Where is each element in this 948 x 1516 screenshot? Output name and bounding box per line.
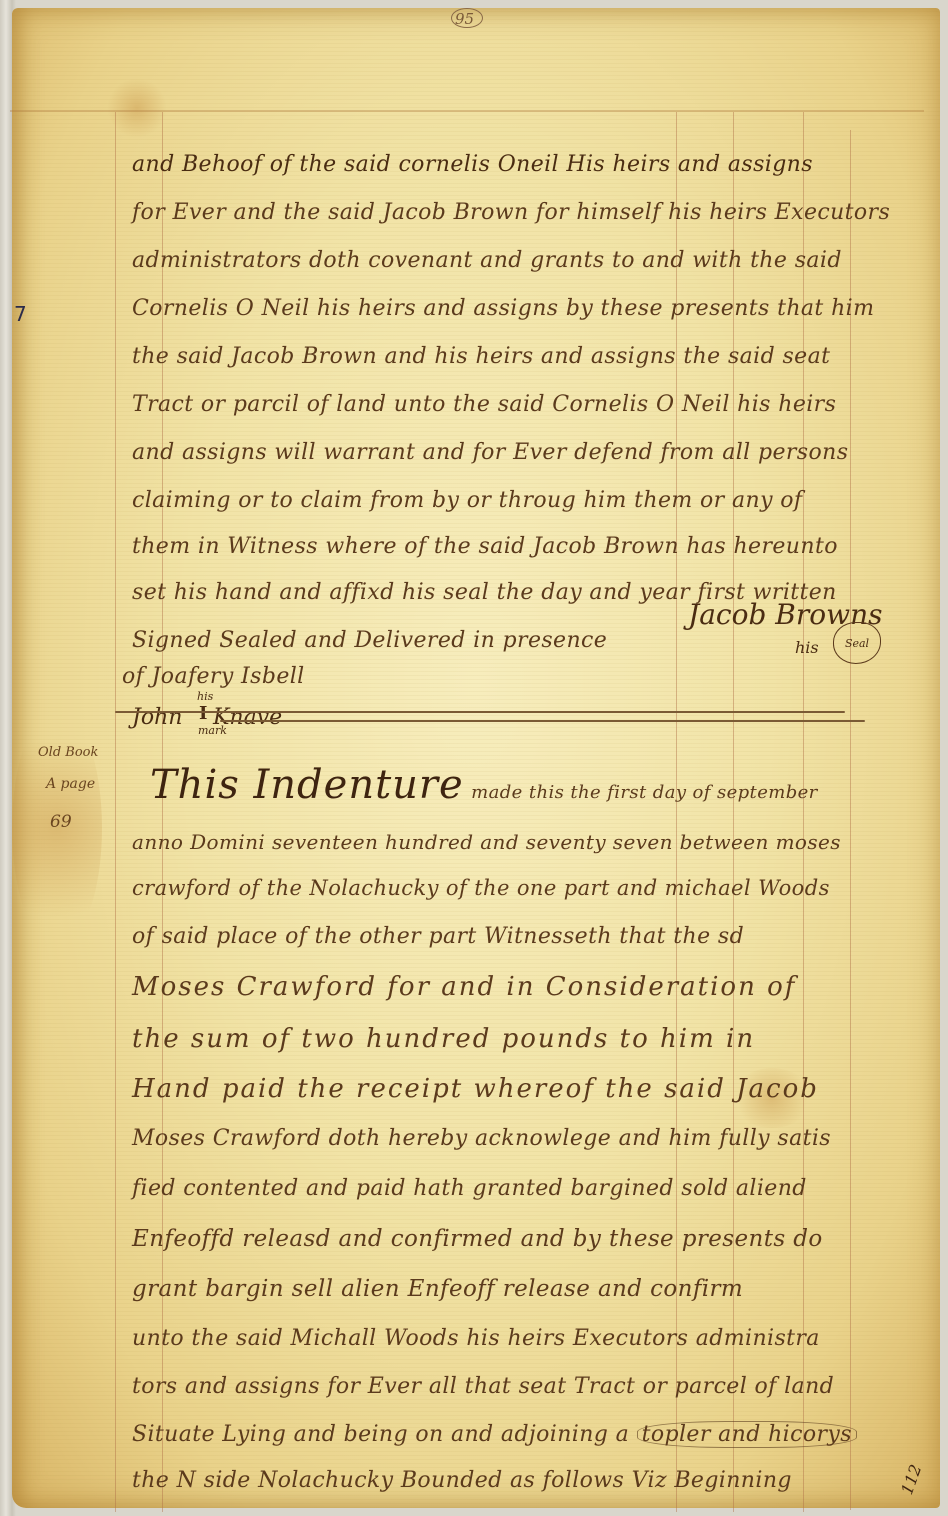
- deed-2-line-1: made this the first day of september: [471, 782, 818, 803]
- deed-2-line-14: Situate Lying and being on and adjoining…: [132, 1422, 857, 1447]
- deed-2-line-15: the N side Nolachucky Bounded as follows…: [132, 1468, 792, 1493]
- deed-2-line-10: Enfeoffd releasd and confirmed and by th…: [132, 1226, 823, 1252]
- deed-2-line-11: grant bargin sell alien Enfeoff release …: [132, 1276, 743, 1302]
- deed-2-line-2: anno Domini seventeen hundred and sevent…: [132, 830, 841, 854]
- deed-1-line-8: claiming or to claim from by or throug h…: [132, 488, 802, 513]
- deed-2-line-14-text: Situate Lying and being on and adjoining…: [132, 1422, 629, 1447]
- top-rule-line: [10, 110, 924, 112]
- margin-note-page-number: 69: [50, 812, 72, 832]
- deed-2-line-13: tors and assigns for Ever all that seat …: [132, 1374, 834, 1399]
- deed-1-line-2: for Ever and the said Jacob Brown for hi…: [132, 200, 890, 225]
- deed-2-line-8: Moses Crawford doth hereby acknowlege an…: [132, 1126, 831, 1151]
- margin-rule-line: [162, 112, 163, 1512]
- column-rule-line: [676, 112, 677, 1512]
- deed-2-line-12: unto the said Michall Woods his heirs Ex…: [132, 1326, 820, 1351]
- page-number: 95: [455, 10, 474, 28]
- deed-2-circled-text: topler and hicorys: [637, 1421, 857, 1448]
- deed-2-line-5: Moses Crawford for and in Consideration …: [132, 972, 796, 1002]
- section-divider: [220, 720, 865, 722]
- margin-check-mark: 7: [14, 302, 27, 326]
- deed-1-line-1: and Behoof of the said cornelis Oneil Hi…: [132, 152, 813, 177]
- signature-his-label: his: [795, 638, 819, 657]
- witness-john: John: [132, 705, 182, 730]
- margin-note-page: A page: [46, 776, 95, 792]
- deed-1-line-4: Cornelis O Neil his heirs and assigns by…: [132, 296, 874, 321]
- attestation-line-1: Signed Sealed and Delivered in presence: [132, 628, 607, 653]
- deed-1-line-9: them in Witness where of the said Jacob …: [132, 534, 838, 559]
- deed-1-line-6: Tract or parcil of land unto the said Co…: [132, 392, 836, 417]
- deed-2-line-9: fied contented and paid hath granted bar…: [132, 1176, 807, 1201]
- margin-note-old-book: Old Book: [38, 745, 98, 760]
- column-rule-line: [733, 112, 734, 1512]
- deed-title: This Indenture: [150, 762, 464, 808]
- deed-2-line-4: of said place of the other part Witnesse…: [132, 924, 744, 949]
- deed-2-line-6: the sum of two hundred pounds to him in: [132, 1024, 755, 1054]
- water-stain: [107, 78, 167, 138]
- witness-knave: Knave: [213, 705, 282, 730]
- section-divider: [115, 711, 845, 713]
- deed-1-line-7: and assigns will warrant and for Ever de…: [132, 440, 848, 465]
- deed-2-first-line: This Indenture made this the first day o…: [150, 762, 818, 808]
- deed-1-line-3: administrators doth covenant and grants …: [132, 248, 842, 273]
- margin-rule-line: [115, 112, 116, 1512]
- deed-2-line-7: Hand paid the receipt whereof the said J…: [132, 1074, 819, 1104]
- column-rule-line: [850, 130, 851, 1510]
- witness-mark-glyph: I: [199, 703, 207, 724]
- column-rule-line: [803, 112, 804, 1512]
- witness-his-label: his: [197, 690, 213, 703]
- deed-2-line-3: crawford of the Nolachucky of the one pa…: [132, 876, 830, 900]
- attestation-line-2: of Joafery Isbell: [122, 664, 305, 689]
- deed-1-line-5: the said Jacob Brown and his heirs and a…: [132, 344, 830, 369]
- seal-label: Seal: [845, 637, 869, 650]
